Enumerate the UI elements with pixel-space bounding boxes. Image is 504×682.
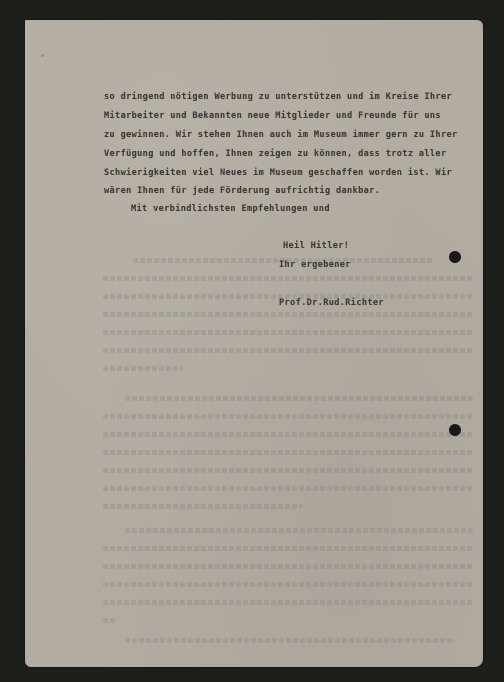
body-text-line: zu gewinnen. Wir stehen Ihnen auch im Mu… xyxy=(104,130,458,140)
bleed-through-line xyxy=(103,312,473,317)
punch-hole xyxy=(449,251,461,263)
bleed-through-line xyxy=(103,564,473,569)
bleed-through-line xyxy=(103,450,473,455)
body-text-line: Verfügung und hoffen, Ihnen zeigen zu kö… xyxy=(104,149,446,159)
bleed-through-line xyxy=(103,504,303,509)
body-text-line: Mitarbeiter und Bekannten neue Mitgliede… xyxy=(104,111,441,121)
signature-name: Prof.Dr.Rud.Richter xyxy=(279,298,384,308)
body-text-line: Schwierigkeiten viel Neues im Museum ges… xyxy=(104,168,452,178)
bleed-through-line xyxy=(103,414,473,419)
bleed-through-line xyxy=(103,366,183,371)
salutation: Heil Hitler! xyxy=(283,241,349,251)
bleed-through-line xyxy=(125,528,473,533)
bleed-through-line xyxy=(103,348,473,353)
bleed-through-line xyxy=(125,638,455,643)
bleed-through-line xyxy=(103,582,473,587)
valediction: Ihr ergebener xyxy=(279,260,351,270)
bleed-through-line xyxy=(103,330,473,335)
body-text-line: so dringend nötigen Werbung zu unterstüt… xyxy=(104,92,452,102)
bleed-through-line xyxy=(103,468,473,473)
bleed-through-line xyxy=(103,600,473,605)
bleed-through-line xyxy=(103,618,117,623)
bleed-through-line xyxy=(103,546,473,551)
closing-line: Mit verbindlichsten Empfehlungen und xyxy=(131,204,330,214)
punch-hole xyxy=(449,424,461,436)
bleed-through-line xyxy=(103,276,473,281)
bleed-through-line xyxy=(125,396,473,401)
bleed-through-line xyxy=(103,432,473,437)
bleed-through-line xyxy=(103,486,473,491)
body-text-line: wären Ihnen für jede Förderung aufrichti… xyxy=(104,186,380,196)
paper-speck xyxy=(41,54,44,57)
document-page: so dringend nötigen Werbung zu unterstüt… xyxy=(25,20,483,667)
